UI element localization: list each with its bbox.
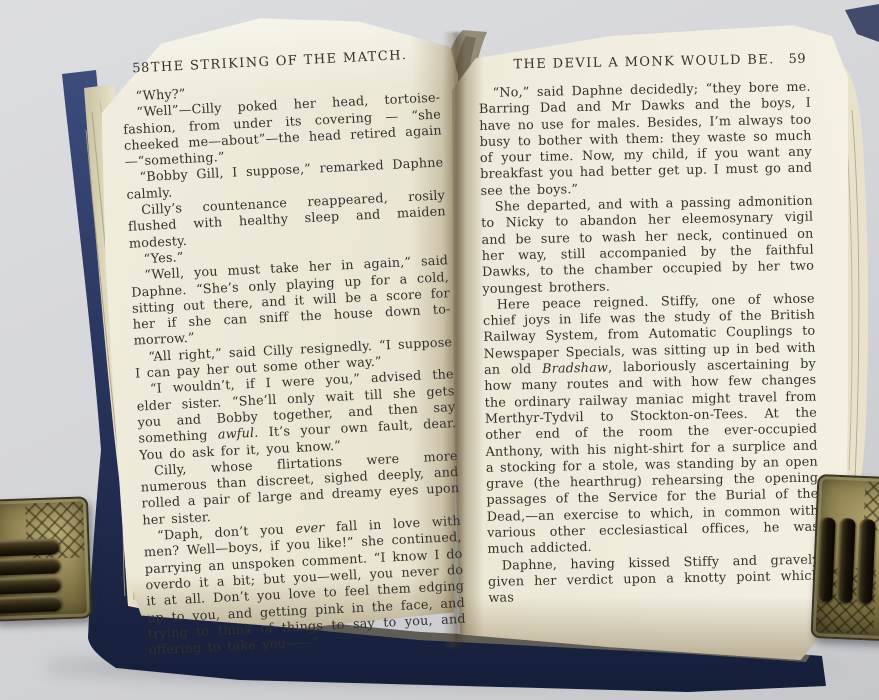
clip-finger xyxy=(836,518,856,604)
clip-fingers xyxy=(816,517,875,605)
open-book-photo: 58 THE STRIKING OF THE MATCH. “Why?”“Wel… xyxy=(0,0,879,700)
paragraph: She departed, and with a passing admonit… xyxy=(481,194,815,298)
brass-page-holder-left xyxy=(0,496,92,621)
left-page-body: “Why?”“Well”—Cilly poked her head, torto… xyxy=(121,74,466,659)
clip-fingers xyxy=(0,538,62,614)
paragraph: Here peace reigned. Stiffy, one of whose… xyxy=(483,291,820,558)
clip-finger xyxy=(816,517,836,603)
paragraph: Daphne, having kissed Stiffy and gravely… xyxy=(488,552,821,607)
cover-corner-top-right xyxy=(845,4,879,42)
paragraph: “No,” said Daphne decidedly; “they bore … xyxy=(479,80,813,200)
brass-page-holder-right xyxy=(810,474,879,642)
paragraph: “Well, you must take her in again,” said… xyxy=(130,253,452,350)
clip-finger xyxy=(0,538,60,556)
right-page-body: “No,” said Daphne decidedly; “they bore … xyxy=(479,80,821,608)
page-number: 59 xyxy=(788,52,806,67)
paragraph: “Daph, don’t you ever fall in love with … xyxy=(143,514,467,660)
clip-finger xyxy=(0,576,61,594)
left-page-text: 58 THE STRIKING OF THE MATCH. “Why?”“Wel… xyxy=(120,46,467,659)
paragraph: “I wouldn’t, if I were you,” advised the… xyxy=(136,367,458,464)
right-page-text: THE DEVIL A MONK WOULD BE. 59 “No,” said… xyxy=(478,52,820,608)
page-number: 58 xyxy=(132,61,150,77)
clip-finger xyxy=(0,557,61,575)
clip-finger xyxy=(0,595,62,613)
